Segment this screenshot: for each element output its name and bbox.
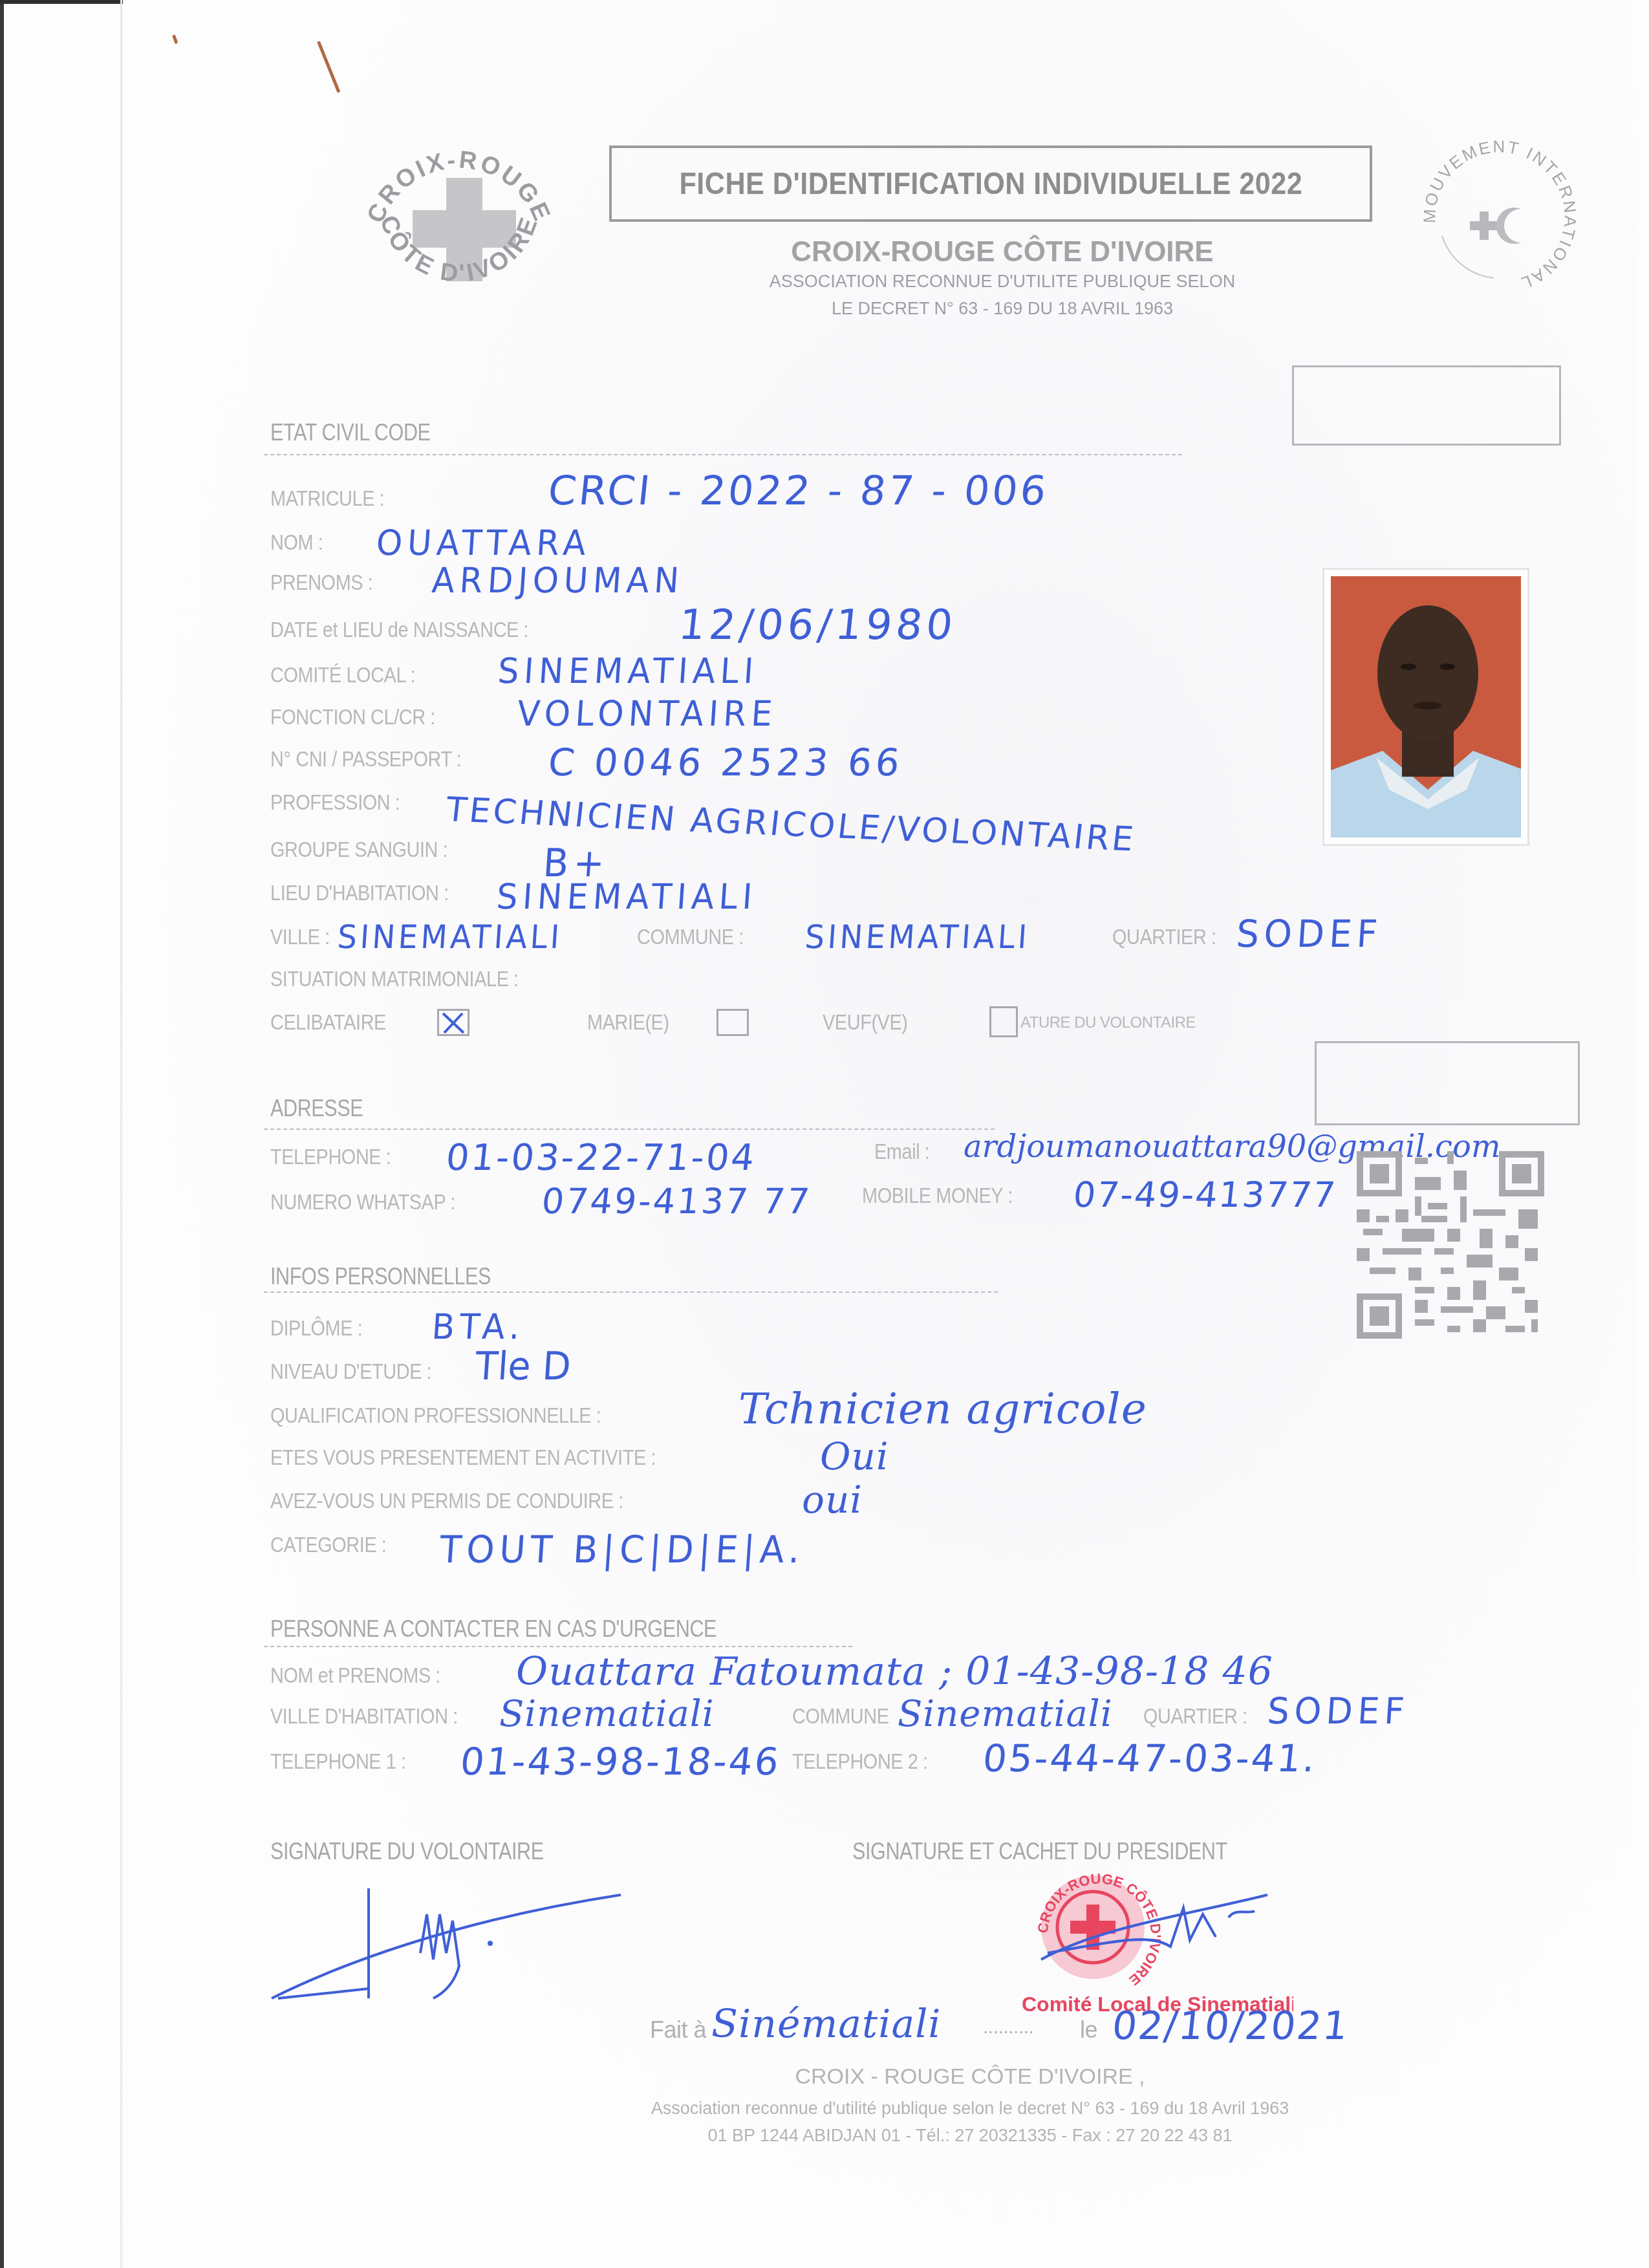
label-urgence-commune: COMMUNE (792, 1704, 889, 1729)
label-naissance: DATE et LIEU de NAISSANCE : (270, 618, 528, 643)
value-urgence-telephone1: 01-43-98-18-46 (458, 1740, 782, 1784)
divider (264, 1646, 852, 1647)
checkbox-celibataire[interactable] (437, 1009, 469, 1036)
label-urgence-telephone2: TELEPHONE 2 : (792, 1749, 928, 1775)
label-categorie: CATEGORIE : (270, 1533, 386, 1558)
section-urgence: PERSONNE A CONTACTER EN CAS D'URGENCE (270, 1615, 717, 1643)
label-signature-volontaire: SIGNATURE DU VOLONTAIRE (270, 1838, 544, 1865)
value-cni: C 0046 2523 66 (546, 740, 905, 784)
value-fait-a: Sinématiali (711, 2002, 942, 2047)
form-title: FICHE D'IDENTIFICATION INDIVIDUELLE 2022 (679, 166, 1302, 202)
label-urgence-quartier: QUARTIER : (1143, 1704, 1247, 1729)
section-adresse: ADRESSE (270, 1095, 363, 1122)
value-whatsapp: 0749-4137 77 (540, 1181, 814, 1222)
label-cni: N° CNI / PASSEPORT : (270, 747, 461, 772)
scan-border (0, 0, 4, 2268)
label-urgence-ville: VILLE D'HABITATION : (270, 1704, 458, 1729)
value-telephone: 01-03-22-71-04 (444, 1137, 759, 1179)
footer-association: Association reconnue d'utilité publique … (550, 2099, 1390, 2119)
form-title-box: FICHE D'IDENTIFICATION INDIVIDUELLE 2022 (609, 146, 1372, 222)
overlapping-signature-label: ATURE DU VOLONTAIRE (1020, 1014, 1196, 1032)
value-fonction: VOLONTAIRE (516, 693, 779, 734)
value-urgence-quartier: SODEF (1266, 1690, 1410, 1733)
label-prenoms: PRENOMS : (270, 570, 372, 596)
value-mobile-money: 07-49-413777 (1072, 1174, 1339, 1215)
checkbox-veuf[interactable] (989, 1006, 1018, 1037)
divider (264, 454, 1182, 455)
international-movement-logo-icon: MOUVEMENT INTERNATIONAL (1423, 139, 1578, 294)
label-activite: ETES VOUS PRESENTEMENT EN ACTIVITE : (270, 1445, 656, 1471)
id-photo (1322, 568, 1529, 846)
label-le: le (1080, 2016, 1097, 2044)
value-commune: SINEMATIALI (804, 918, 1031, 956)
organization-name: CROIX-ROUGE CÔTE D'IVOIRE (582, 236, 1423, 268)
value-urgence-ville: Sinematiali (499, 1693, 715, 1735)
value-ville: SINEMATIALI (336, 918, 564, 956)
label-marie: MARIE(E) (587, 1010, 669, 1035)
label-groupe-sanguin: GROUPE SANGUIN : (270, 837, 447, 863)
value-comite-local: SINEMATIALI (497, 651, 760, 691)
value-diplome: BTA. (431, 1306, 526, 1347)
label-mobile-money: MOBILE MONEY : (862, 1183, 1013, 1209)
red-cross-logo-icon: CROIX-ROUGE CÔTE D'IVOIRE (349, 126, 569, 346)
value-quartier: SODEF (1235, 912, 1384, 956)
value-naissance: 12/06/1980 (676, 601, 959, 649)
checkbox-marie[interactable] (717, 1009, 749, 1036)
label-permis: AVEZ-VOUS UN PERMIS DE CONDUIRE : (270, 1489, 623, 1514)
label-diplome: DIPLÔME : (270, 1316, 362, 1341)
footer-contact: 01 BP 1244 ABIDJAN 01 - Tél.: 27 2032133… (550, 2126, 1390, 2146)
label-celibataire: CELIBATAIRE (270, 1010, 386, 1035)
value-matricule: CRCI - 2022 - 87 - 006 (546, 467, 1051, 514)
label-veuf: VEUF(VE) (823, 1010, 907, 1035)
divider (264, 1291, 998, 1293)
label-urgence-telephone1: TELEPHONE 1 : (270, 1749, 406, 1775)
value-urgence-telephone2: 05-44-47-03-41. (980, 1736, 1319, 1780)
label-whatsapp: NUMERO WHATSAP : (270, 1190, 455, 1215)
value-date: 02/10/2021 (1110, 2003, 1351, 2049)
label-fonction: FONCTION CL/CR : (270, 705, 435, 730)
section-etat-civil: ETAT CIVIL CODE (270, 419, 431, 446)
label-lieu-habitation: LIEU D'HABITATION : (270, 881, 449, 906)
label-urgence-nom: NOM et PRENOMS : (270, 1663, 440, 1689)
value-lieu-habitation: SINEMATIALI (495, 876, 759, 917)
qr-code (1357, 1151, 1544, 1339)
label-situation-matrimoniale: SITUATION MATRIMONIALE : (270, 967, 519, 992)
document-page: CROIX-ROUGE CÔTE D'IVOIRE MOUVEMENT INTE… (0, 0, 1649, 2268)
code-box (1292, 365, 1561, 446)
label-qualification: QUALIFICATION PROFESSIONNELLE : (270, 1403, 601, 1429)
label-niveau-etude: NIVEAU D'ETUDE : (270, 1359, 431, 1385)
value-urgence-nom: Ouattara Fatoumata ; 01-43-98-18 46 (516, 1649, 1273, 1694)
label-email: Email : (874, 1139, 929, 1165)
scan-border-top (0, 0, 123, 4)
label-fait-a: Fait à (650, 2016, 706, 2044)
divider (264, 1129, 995, 1130)
label-commune: COMMUNE : (637, 925, 744, 950)
value-nom: OUATTARA (375, 523, 592, 563)
check-x-icon (439, 1011, 468, 1035)
label-nom: NOM : (270, 530, 323, 556)
footer-org-name: CROIX - ROUGE CÔTE D'IVOIRE , (550, 2064, 1390, 2090)
volunteer-signature (259, 1875, 647, 2005)
dotted-filler: .......... (983, 2016, 1033, 2038)
value-qualification: Tchnicien agricole (738, 1384, 1147, 1434)
section-infos-personnelles: INFOS PERSONNELLES (270, 1263, 491, 1290)
label-telephone: TELEPHONE : (270, 1145, 391, 1170)
organization-subtitle-1: ASSOCIATION RECONNUE D'UTILITE PUBLIQUE … (582, 272, 1423, 292)
person-portrait-icon (1331, 576, 1521, 837)
label-comite-local: COMITÉ LOCAL : (270, 663, 415, 688)
value-prenoms: ARDJOUMAN (431, 560, 685, 601)
volunteer-signature-box (1315, 1041, 1580, 1125)
value-activite: Oui (820, 1434, 889, 1478)
value-urgence-commune: Sinematiali (898, 1693, 1113, 1735)
organization-subtitle-2: LE DECRET N° 63 - 169 DU 18 AVRIL 1963 (582, 299, 1423, 319)
label-matricule: MATRICULE : (270, 486, 384, 512)
value-categorie: TOUT B|C|D|E|A. (438, 1528, 806, 1571)
value-niveau-etude: Tle D (474, 1344, 572, 1389)
label-quartier: QUARTIER : (1112, 925, 1216, 950)
label-ville: VILLE : (270, 925, 330, 950)
label-profession: PROFESSION : (270, 790, 400, 815)
value-permis: oui (802, 1478, 863, 1522)
